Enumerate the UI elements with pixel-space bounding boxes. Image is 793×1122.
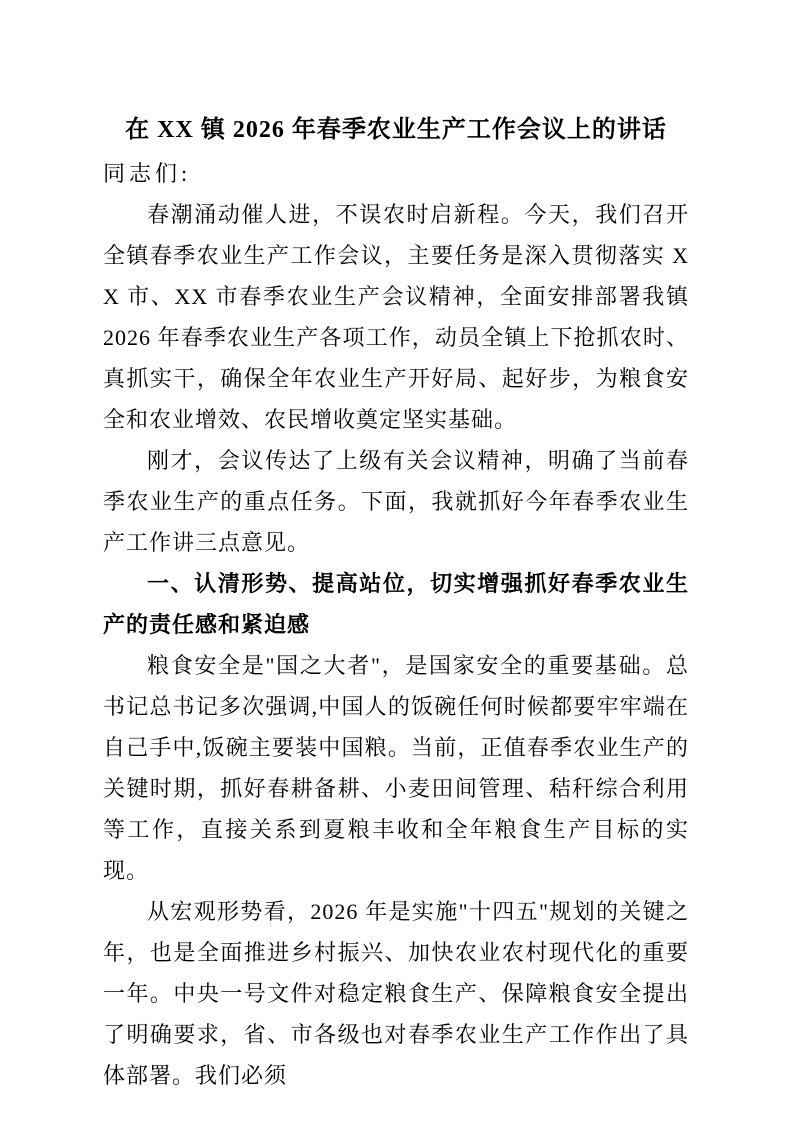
section-heading: 一、认清形势、提高站位，切实增强抓好春季农业生产的责任感和紧迫感 [103, 563, 689, 645]
document-page: 在 XX 镇 2026 年春季农业生产工作会议上的讲话 同志们: 春潮涌动催人进… [0, 0, 793, 1122]
body-paragraph: 从宏观形势看，2026 年是实施"十四五"规划的关键之年，也是全面推进乡村振兴、… [103, 891, 689, 1096]
salutation: 同志们: [103, 153, 689, 194]
body-paragraph: 刚才，会议传达了上级有关会议精神，明确了当前春季农业生产的重点任务。下面，我就抓… [103, 440, 689, 563]
document-body: 春潮涌动催人进，不误农时启新程。今天，我们召开全镇春季农业生产工作会议，主要任务… [103, 194, 689, 1096]
body-paragraph: 春潮涌动催人进，不误农时启新程。今天，我们召开全镇春季农业生产工作会议，主要任务… [103, 194, 689, 440]
document-title: 在 XX 镇 2026 年春季农业生产工作会议上的讲话 [103, 108, 689, 153]
body-paragraph: 粮食安全是"国之大者"，是国家安全的重要基础。总书记总书记多次强调,中国人的饭碗… [103, 645, 689, 891]
